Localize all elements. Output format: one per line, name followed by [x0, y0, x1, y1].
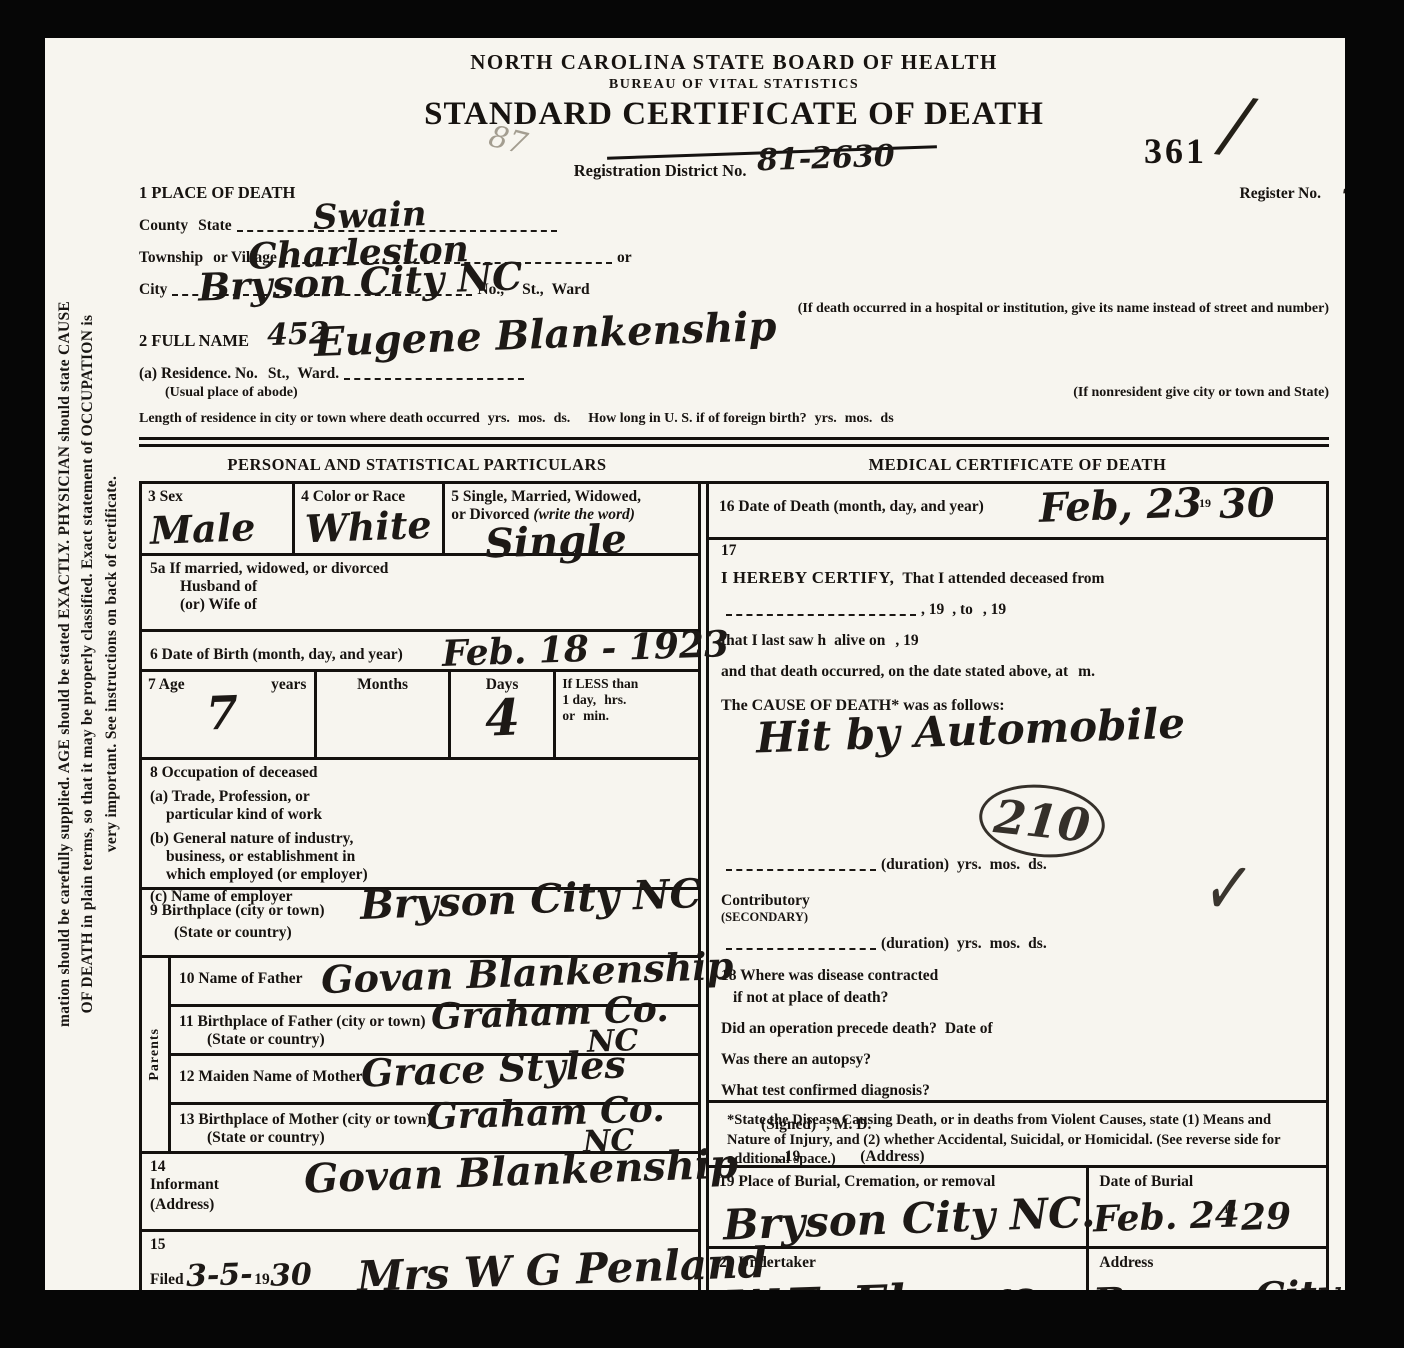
- burial-date-value-handwritten: Feb. 24: [1093, 1193, 1241, 1240]
- length-residence-label: Length of residence in city or town wher…: [139, 411, 480, 427]
- months-label: Months: [357, 676, 408, 693]
- or-min-label: or: [562, 708, 575, 724]
- min-label: min.: [583, 708, 609, 724]
- full-name-label: 2 FULL NAME: [139, 331, 249, 351]
- mother-name-label: 12 Maiden Name of Mother: [179, 1068, 362, 1085]
- personal-column: 3 Sex Male 4 Color or Race White 5 Singl…: [142, 484, 698, 1290]
- bureau-subtitle: BUREAU OF VITAL STATISTICS: [139, 77, 1329, 93]
- dob-label: 6 Date of Birth (month, day, and year): [150, 646, 403, 663]
- days-value-handwritten: 4: [484, 687, 521, 747]
- test-confirmed-label: What test confirmed diagnosis?: [721, 1082, 930, 1100]
- contributory-label: Contributory: [721, 892, 810, 910]
- occupation-b2-label: business, or establishment in: [166, 848, 690, 866]
- informant-label: Informant: [150, 1176, 219, 1194]
- comma-19-label: , 19: [921, 601, 944, 619]
- certification-block: 17 I HEREBY CERTIFY, That I attended dec…: [709, 540, 1326, 1100]
- wife-of-label: (or) Wife of: [180, 596, 690, 614]
- filed-date-handwritten: 3-5-: [185, 1257, 253, 1290]
- sex-value-handwritten: Male: [149, 504, 256, 553]
- certify-bold-label: I HEREBY CERTIFY,: [721, 568, 894, 588]
- row-burial: 19 Place of Burial, Cremation, or remova…: [709, 1168, 1326, 1246]
- medical-column: 16 Date of Death (month, day, and year) …: [709, 484, 1326, 1290]
- undertaker-address-cell: Address Bryson City: [1086, 1249, 1326, 1290]
- registration-district-value-handwritten: 81-2630: [756, 139, 895, 179]
- parents-vertical-label: Parents: [142, 958, 171, 1151]
- registration-district-line: 87 Registration District No. 81-2630: [139, 149, 1329, 183]
- burial-place-value-handwritten: Bryson City NC.: [722, 1188, 1096, 1250]
- scanned-document: mation should be carefully supplied. AGE…: [0, 0, 1404, 1348]
- margin-note-line: mation should be carefully supplied. AGE…: [53, 57, 76, 1272]
- board-title: NORTH CAROLINA STATE BOARD OF HEALTH: [139, 50, 1329, 75]
- cause-code-circled-handwritten: 210: [976, 779, 1109, 864]
- less-than-day-cell: If LESS than 1 day,hrs. ormin.: [553, 672, 698, 757]
- ds-label: ds.: [1028, 935, 1047, 953]
- occupation-a2-label: particular kind of work: [166, 806, 322, 824]
- undertaker-address-value-handwritten: Bryson City: [1093, 1271, 1341, 1290]
- birthplace-state-note: (State or country): [174, 924, 690, 942]
- yrs-label: yrs.: [957, 856, 982, 874]
- occupation-a-label: (a) Trade, Profession, or: [150, 788, 690, 806]
- occupation-label: 8 Occupation of deceased: [150, 764, 690, 782]
- undertaker-address-label: Address: [1099, 1254, 1153, 1271]
- filed-label: Filed: [150, 1271, 184, 1289]
- row-undertaker: 20 Undertaker W.E. Elmore Address Bryson…: [709, 1246, 1326, 1290]
- comma-19-label: , 19: [895, 632, 918, 650]
- yrs-label: yrs.: [815, 411, 837, 427]
- row-date-of-death: 16 Date of Death (month, day, and year) …: [709, 484, 1326, 540]
- hrs-label: hrs.: [604, 692, 626, 708]
- age-label: 7 Age: [148, 676, 185, 693]
- ward-label: Ward: [552, 281, 590, 299]
- less-than-label: If LESS than: [562, 676, 692, 692]
- mother-birthplace-label: 13 Birthplace of Mother (city or town): [179, 1111, 432, 1129]
- dob-value-handwritten: Feb. 18 - 1923: [441, 623, 729, 675]
- age-value-handwritten: 7: [205, 685, 239, 740]
- place-of-death-label: 1 PLACE OF DEATH: [139, 183, 295, 203]
- register-no-label: Register No.: [1240, 185, 1322, 203]
- register-no-value-handwritten: 2: [1342, 162, 1345, 203]
- father-name-label: 10 Name of Father: [179, 970, 303, 987]
- abode-note: (Usual place of abode): [165, 385, 298, 401]
- to-label: , to: [952, 601, 973, 619]
- where-contracted-label: 18 Where was disease contracted: [721, 967, 1316, 985]
- husband-of-label: Husband of: [180, 578, 690, 596]
- informant-address-note: (Address): [150, 1196, 690, 1214]
- duration-label: (duration): [881, 935, 949, 953]
- row-filed: 15 Filed 3-5- 19 30 Mrs W G Penland REGI…: [142, 1232, 698, 1290]
- marital-cell: 5 Single, Married, Widowed, or Divorced …: [442, 484, 698, 553]
- years-label: years: [271, 676, 306, 694]
- mos-label: mos.: [990, 935, 1021, 953]
- mos-label: mos.: [990, 856, 1021, 874]
- certify-rest-label: That I attended deceased from: [902, 570, 1104, 588]
- death-occurred-label: and that death occurred, on the date sta…: [721, 663, 1068, 681]
- m-label: m.: [1078, 663, 1095, 681]
- parents-label: Parents: [147, 1028, 163, 1081]
- residence-ward-label: Ward.: [297, 365, 339, 383]
- cause-of-death-area: Hit by Automobile (duration) yrs. mos. d…: [721, 739, 1316, 874]
- row-age: 7 Age years 7 Months Days 4: [142, 672, 698, 760]
- margin-note-line: OF DEATH in plain terms, so that it may …: [76, 57, 99, 1272]
- county-label: County: [139, 217, 188, 235]
- alive-on-label: alive on: [834, 632, 885, 650]
- race-cell: 4 Color or Race White: [292, 484, 442, 553]
- margin-note-line: very important. See instructions on back…: [100, 57, 123, 1272]
- or-label: or: [617, 249, 632, 267]
- mother-name-value-handwritten: Grace Styles: [360, 1041, 626, 1095]
- foreign-birth-label: How long in U. S. if of foreign birth?: [588, 411, 806, 427]
- marital-label: 5 Single, Married, Widowed,: [451, 488, 692, 506]
- mos-label: mos.: [518, 411, 546, 427]
- residence-street-label: St.,: [268, 365, 290, 383]
- marital-value-handwritten: Single: [484, 516, 627, 568]
- race-value-handwritten: White: [304, 502, 432, 551]
- hospital-note: (If death occurred in a hospital or inst…: [798, 301, 1329, 317]
- yrs-label: yrs.: [957, 935, 982, 953]
- undertaker-value-handwritten: W.E. Elmore: [724, 1270, 1039, 1290]
- one-day-label: 1 day,: [562, 692, 596, 708]
- age-cell: 7 Age years 7: [142, 672, 314, 757]
- date-of-death-label: 16 Date of Death (month, day, and year): [719, 498, 984, 515]
- medical-section-header: MEDICAL CERTIFICATE OF DEATH: [706, 447, 1329, 481]
- nonresident-note: (If nonresident give city or town and St…: [1073, 385, 1329, 401]
- residence-label: (a) Residence. No.: [139, 365, 258, 383]
- section-headers: PERSONAL AND STATISTICAL PARTICULARS MED…: [139, 447, 1329, 481]
- comma-19-label: , 19: [983, 601, 1006, 619]
- dod-year-handwritten: 30: [1218, 479, 1275, 528]
- left-margin-note: mation should be carefully supplied. AGE…: [45, 38, 131, 1290]
- burial-date-cell: Date of Burial Feb. 24 19 29: [1086, 1168, 1326, 1246]
- certificate-page: mation should be carefully supplied. AGE…: [45, 38, 1345, 1290]
- ds-label: ds.: [554, 411, 571, 427]
- section-divider-rule: [139, 437, 1329, 447]
- occupation-b-label: (b) General nature of industry,: [150, 830, 690, 848]
- yrs-label: yrs.: [488, 411, 510, 427]
- city-label: City: [139, 281, 167, 299]
- form-body: 3 Sex Male 4 Color or Race White 5 Singl…: [139, 481, 1329, 1290]
- burial-year-handwritten: 29: [1241, 1195, 1293, 1239]
- township-label: Township: [139, 249, 203, 267]
- operation-label: Did an operation precede death?: [721, 1020, 937, 1038]
- state-label: State: [198, 217, 232, 235]
- place-of-death-block: 1 PLACE OF DEATH Register No. 2 County S…: [139, 183, 1329, 427]
- certificate-form: NORTH CAROLINA STATE BOARD OF HEALTH BUR…: [131, 38, 1345, 1290]
- item-17-number: 17: [721, 542, 1316, 560]
- row-sex-race-marital: 3 Sex Male 4 Color or Race White 5 Singl…: [142, 484, 698, 556]
- burial-date-label: Date of Burial: [1099, 1173, 1193, 1190]
- filed-printed-19: 19: [254, 1271, 270, 1289]
- last-saw-label: that I last saw h: [721, 632, 826, 650]
- ds-label: ds.: [1028, 856, 1047, 874]
- autopsy-label: Was there an autopsy?: [721, 1051, 871, 1069]
- duration-label: (duration): [881, 856, 949, 874]
- birthplace-label: 9 Birthplace (city or town): [150, 902, 325, 920]
- days-cell: Days 4: [448, 672, 554, 757]
- registration-district-label: Registration District No.: [574, 161, 747, 180]
- signed-address-note: (Address): [860, 1148, 924, 1166]
- months-cell: Months: [314, 672, 447, 757]
- sex-label: 3 Sex: [148, 488, 183, 505]
- row-if-married: 5a If married, widowed, or divorced Husb…: [142, 556, 698, 632]
- personal-section-header: PERSONAL AND STATISTICAL PARTICULARS: [139, 447, 695, 481]
- occupation-b3-label: which employed (or employer): [166, 866, 368, 884]
- burial-place-label: 19 Place of Burial, Cremation, or remova…: [719, 1173, 995, 1190]
- street-label: St.,: [522, 281, 544, 299]
- row-informant: 14 InformantGovan Blankenship (Address): [142, 1154, 698, 1232]
- parents-group: Parents 10 Name of Father Govan Blankens…: [142, 958, 698, 1154]
- father-birthplace-label: 11 Birthplace of Father (city or town): [179, 1013, 426, 1031]
- date-of-label: Date of: [945, 1020, 993, 1038]
- ds-label: ds: [880, 411, 893, 427]
- mos-label: mos.: [845, 411, 873, 427]
- date-of-death-value-handwritten: Feb, 23: [1038, 479, 1203, 532]
- row-date-of-birth: 6 Date of Birth (month, day, and year) F…: [142, 632, 698, 672]
- cause-footnote: *State the Disease Causing Death, or in …: [709, 1100, 1326, 1168]
- burial-place-cell: 19 Place of Burial, Cremation, or remova…: [709, 1168, 1086, 1246]
- full-name-number-handwritten: 452: [266, 316, 330, 353]
- filed-year-handwritten: 30: [269, 1257, 312, 1290]
- sex-cell: 3 Sex Male: [142, 484, 292, 553]
- row-occupation: 8 Occupation of deceased (a) Trade, Prof…: [142, 760, 698, 890]
- certificate-title: STANDARD CERTIFICATE OF DEATH: [139, 96, 1329, 133]
- if-not-at-place-label: if not at place of death?: [733, 989, 888, 1007]
